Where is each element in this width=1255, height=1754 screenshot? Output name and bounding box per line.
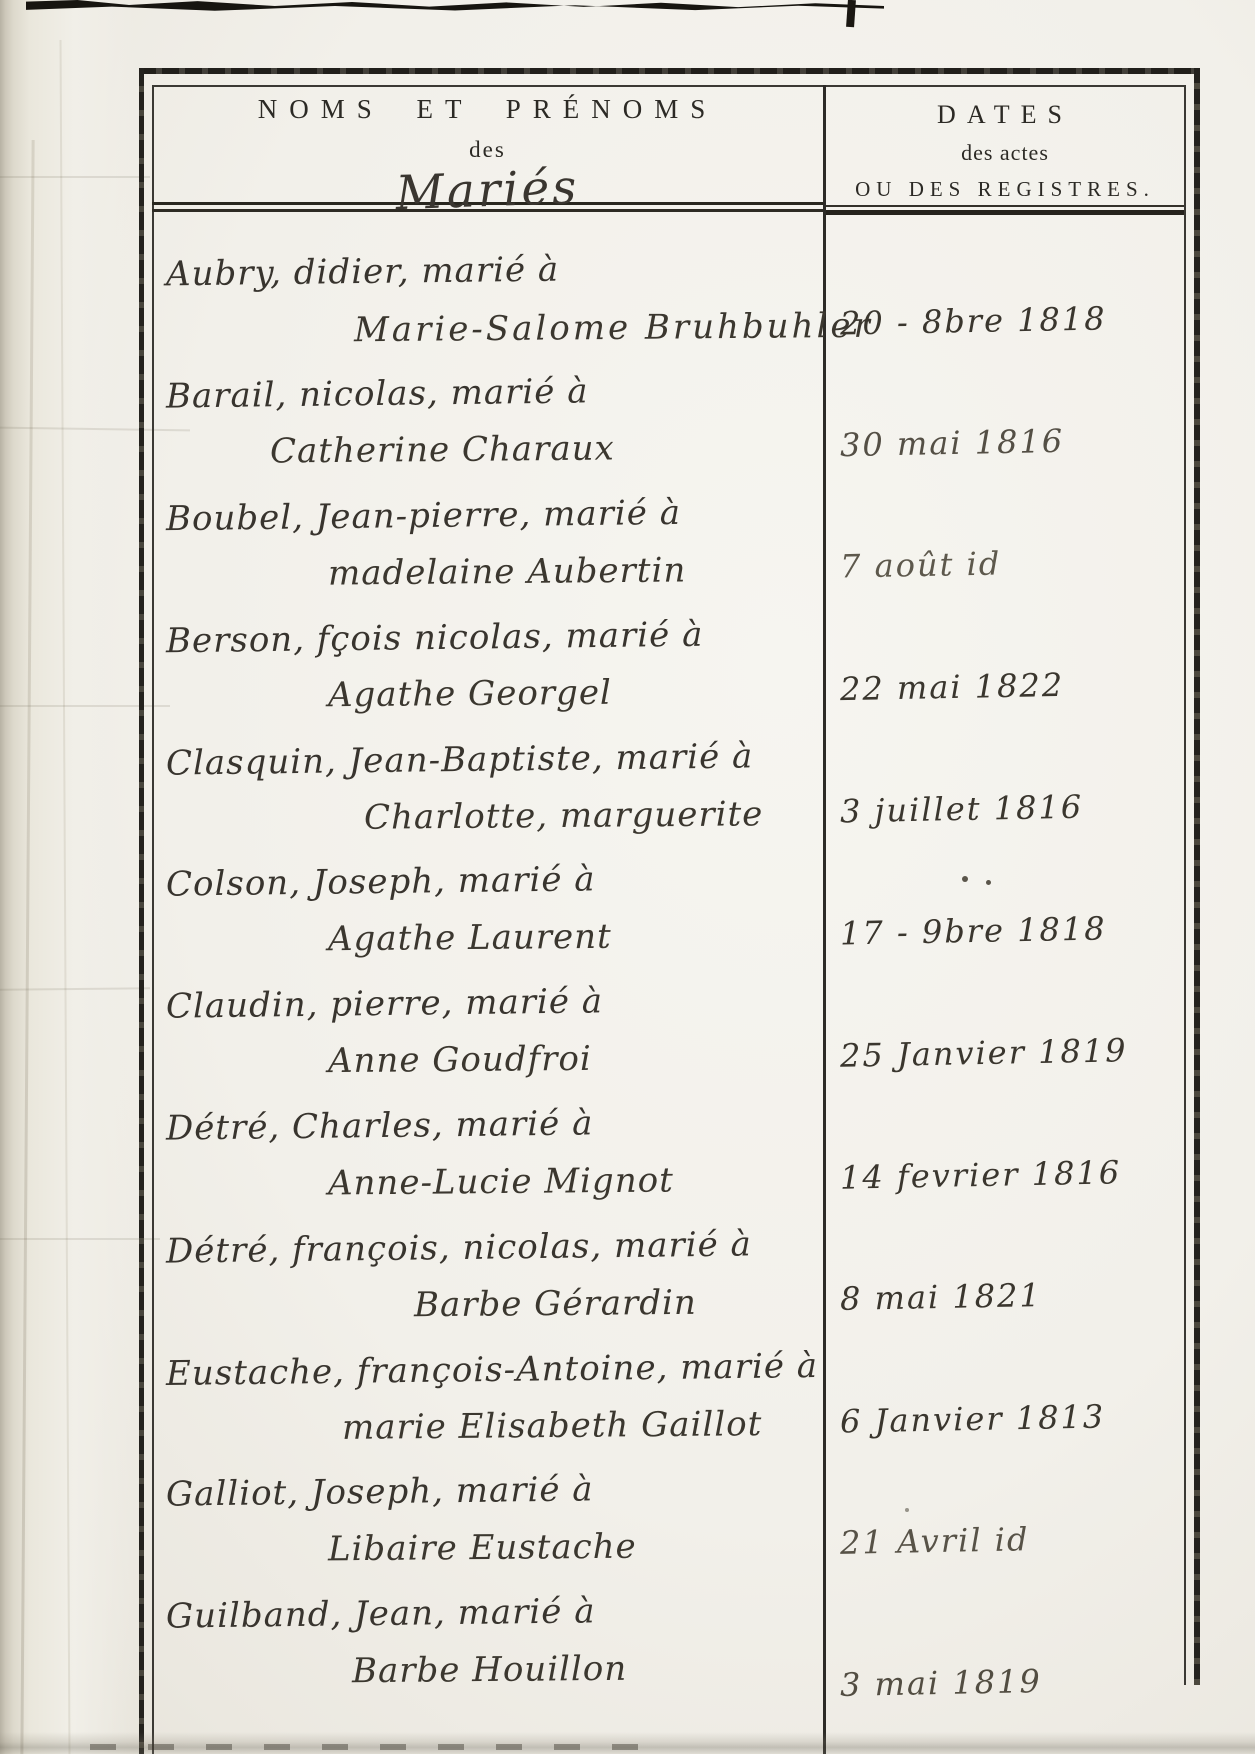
entry-date: 20 - 8bre 1818 <box>840 299 1107 342</box>
register-entry: Boubel, Jean-pierre, marié à madelaine A… <box>152 494 1185 616</box>
entry-groom: Boubel, Jean-pierre, marié à <box>166 493 681 539</box>
table-outer-border-top <box>139 68 1200 74</box>
entry-groom: Galliot, Joseph, marié à <box>166 1469 594 1514</box>
register-entry: Colson, Joseph, marié à Agathe Laurent 1… <box>152 860 1185 982</box>
register-entry: Galliot, Joseph, marié à Libaire Eustach… <box>152 1470 1185 1592</box>
entry-date: 17 - 9bre 1818 <box>840 909 1107 952</box>
entry-bride: Charlotte, marguerite <box>364 794 764 837</box>
entry-date: 22 mai 1822 <box>840 666 1065 708</box>
entry-groom: Eustache, françois-Antoine, marié à <box>166 1346 818 1394</box>
scan-edge-artifact <box>26 0 884 11</box>
register-entry: Barail, nicolas, marié à Catherine Chara… <box>152 372 1185 494</box>
register-entry: Détré, françois, nicolas, marié à Barbe … <box>152 1226 1185 1348</box>
entry-date: 14 fevrier 1816 <box>840 1153 1122 1196</box>
names-column-header: NOMS ET PRÉNOMS des Mariés <box>154 94 821 218</box>
entry-date: 6 Janvier 1813 <box>840 1397 1106 1440</box>
dates-header-subtitle2: OU DES REGISTRES. <box>826 177 1184 202</box>
register-entry: Détré, Charles, marié à Anne-Lucie Migno… <box>152 1104 1185 1226</box>
ink-speck <box>986 880 991 885</box>
entry-bride: Anne Goudfroi <box>328 1039 592 1081</box>
entry-bride: Libaire Eustache <box>328 1527 637 1570</box>
page-left-torn-edge <box>0 0 135 1754</box>
entry-bride: Barbe Gérardin <box>414 1283 697 1325</box>
bottom-fold-shadow <box>0 1732 1255 1754</box>
entry-bride: madelaine Aubertin <box>328 550 687 593</box>
dates-column-header: DATES des actes OU DES REGISTRES. <box>826 100 1184 202</box>
entry-groom: Berson, fçois nicolas, marié à <box>166 615 704 662</box>
names-header-title: NOMS ET PRÉNOMS <box>154 94 821 125</box>
register-entries: Aubry, didier, marié à Marie-Salome Bruh… <box>152 250 1185 1714</box>
register-entry: Aubry, didier, marié à Marie-Salome Bruh… <box>152 250 1185 372</box>
register-entry: Eustache, françois-Antoine, marié à mari… <box>152 1348 1185 1470</box>
entry-date: 8 mai 1821 <box>840 1276 1042 1318</box>
entry-groom: Détré, Charles, marié à <box>166 1103 594 1148</box>
entry-groom: Guilband, Jean, marié à <box>166 1591 596 1636</box>
paper-crease <box>0 176 150 178</box>
entry-bride: Agathe Georgel <box>328 673 612 715</box>
register-entry: Claudin, pierre, marié à Anne Goudfroi 2… <box>152 982 1185 1104</box>
entry-bride: Anne-Lucie Mignot <box>328 1160 674 1203</box>
dates-header-title: DATES <box>826 100 1184 130</box>
entry-date: 21 Avril id <box>840 1520 1030 1562</box>
entry-groom: Claudin, pierre, marié à <box>166 981 604 1026</box>
table-outer-border-left <box>139 68 144 1754</box>
register-entry: Berson, fçois nicolas, marié à Agathe Ge… <box>152 616 1185 738</box>
entry-date: 30 mai 1816 <box>840 422 1065 464</box>
scan-edge-tick <box>846 0 856 27</box>
paper-crease <box>0 705 170 707</box>
table-inner-border-top <box>152 85 1186 87</box>
ink-speck <box>905 1508 909 1512</box>
entry-groom: Colson, Joseph, marié à <box>166 859 596 904</box>
dates-header-subtitle: des actes <box>826 140 1184 166</box>
paper-crease <box>0 1238 160 1240</box>
entry-date: 3 juillet 1816 <box>840 788 1084 831</box>
ink-speck <box>962 876 968 882</box>
names-header-script-word: Mariés <box>153 151 822 229</box>
entry-bride: Barbe Houillon <box>352 1649 628 1691</box>
register-entry: Clasquin, Jean-Baptiste, marié à Charlot… <box>152 738 1185 860</box>
entry-groom: Aubry, didier, marié à <box>166 250 560 295</box>
entry-groom: Clasquin, Jean-Baptiste, marié à <box>166 736 754 783</box>
entry-bride: Catherine Charaux <box>270 428 615 471</box>
scanned-register-page: NOMS ET PRÉNOMS des Mariés DATES des act… <box>0 0 1255 1754</box>
entry-bride: Agathe Laurent <box>328 917 612 959</box>
entry-date: 3 mai 1819 <box>840 1662 1042 1704</box>
entry-date: 7 août id <box>840 544 1002 585</box>
entry-groom: Détré, françois, nicolas, marié à <box>166 1224 752 1271</box>
entry-bride: Marie-Salome Bruhbuhler <box>354 306 873 351</box>
bottom-scan-artifact <box>90 1744 650 1750</box>
header-separator-right <box>826 205 1184 215</box>
entry-bride: marie Elisabeth Gaillot <box>342 1404 763 1448</box>
register-entry: Guilband, Jean, marié à Barbe Houillon 3… <box>152 1592 1185 1714</box>
entry-groom: Barail, nicolas, marié à <box>166 371 589 416</box>
entry-date: 25 Janvier 1819 <box>840 1031 1128 1075</box>
table-outer-border-right <box>1194 68 1200 1685</box>
